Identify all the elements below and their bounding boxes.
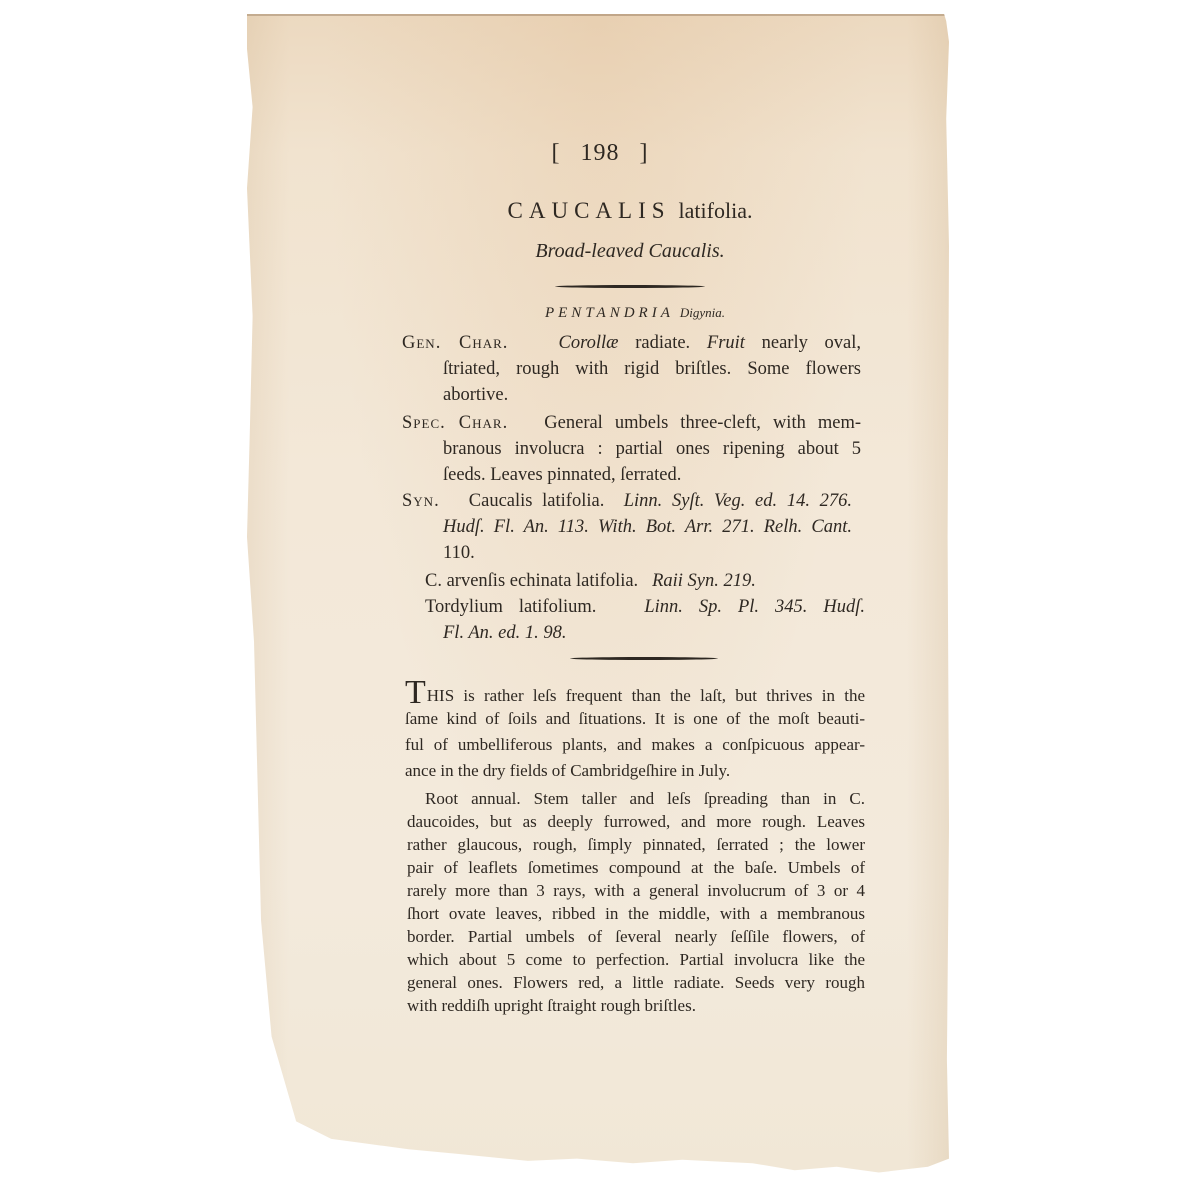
synonym-line-1: Syn. Caucalis latifolia. Linn. Syſt. Veg… — [402, 488, 852, 514]
genus-name: CAUCALIS — [508, 198, 671, 223]
order-name: Digynia. — [680, 305, 725, 320]
spec-char-label: Spec. Char. — [402, 413, 508, 433]
gen-char-line-3: abortive. — [443, 382, 508, 408]
synonym-line-4: C. arvenſis echinata latifolia. Raii Syn… — [425, 568, 756, 594]
gen-char-label: Gen. Char. — [402, 333, 508, 353]
class-name: PENTANDRIA — [545, 305, 674, 321]
spec-char-line-2: branous involucra : partial ones ripenin… — [443, 436, 861, 462]
bracket-close: ] — [640, 140, 649, 167]
synonyms-label: Syn. — [402, 491, 440, 511]
desc-p1-line-1: THIS is rather leſs frequent than the la… — [405, 680, 865, 709]
synonym-line-6: Fl. An. ed. 1. 98. — [443, 620, 567, 646]
species-title: CAUCALISlatifolia. — [0, 198, 1200, 224]
gen-char-line-1: Gen. Char. Corollæ radiate. Fruit nearly… — [402, 330, 861, 356]
spec-char-line-1: Spec. Char. General umbels three-cleft, … — [402, 410, 861, 436]
species-epithet: latifolia. — [679, 198, 753, 223]
divider-rule — [570, 657, 718, 660]
page-number-value: 198 — [581, 140, 620, 166]
desc-p1-line-2: ſame kind of ſoils and ſituations. It is… — [405, 706, 865, 732]
desc-p2-line-10: with reddiſh upright ſtraight rough briſ… — [407, 993, 696, 1019]
divider-rule — [555, 285, 705, 288]
linnaean-classification: PENTANDRIADigynia. — [0, 305, 1200, 322]
gen-char-line-2: ſtriated, rough with rigid briſtles. Som… — [443, 356, 861, 382]
page-number: [198] — [0, 140, 1200, 167]
desc-p1-line-3: ful of umbelliferous plants, and makes a… — [405, 732, 865, 758]
bracket-open: [ — [552, 140, 561, 167]
common-name: Broad-leaved Caucalis. — [0, 240, 1200, 263]
desc-p1-line-4: ance in the dry fields of Cambridgeſhire… — [405, 758, 730, 784]
spec-char-line-3: ſeeds. Leaves pinnated, ſerrated. — [443, 462, 681, 488]
synonym-line-2: Hudſ. Fl. An. 113. With. Bot. Arr. 271. … — [443, 514, 852, 540]
synonym-line-5: Tordylium latifolium. Linn. Sp. Pl. 345.… — [425, 594, 865, 620]
synonym-line-3: 110. — [443, 540, 475, 566]
